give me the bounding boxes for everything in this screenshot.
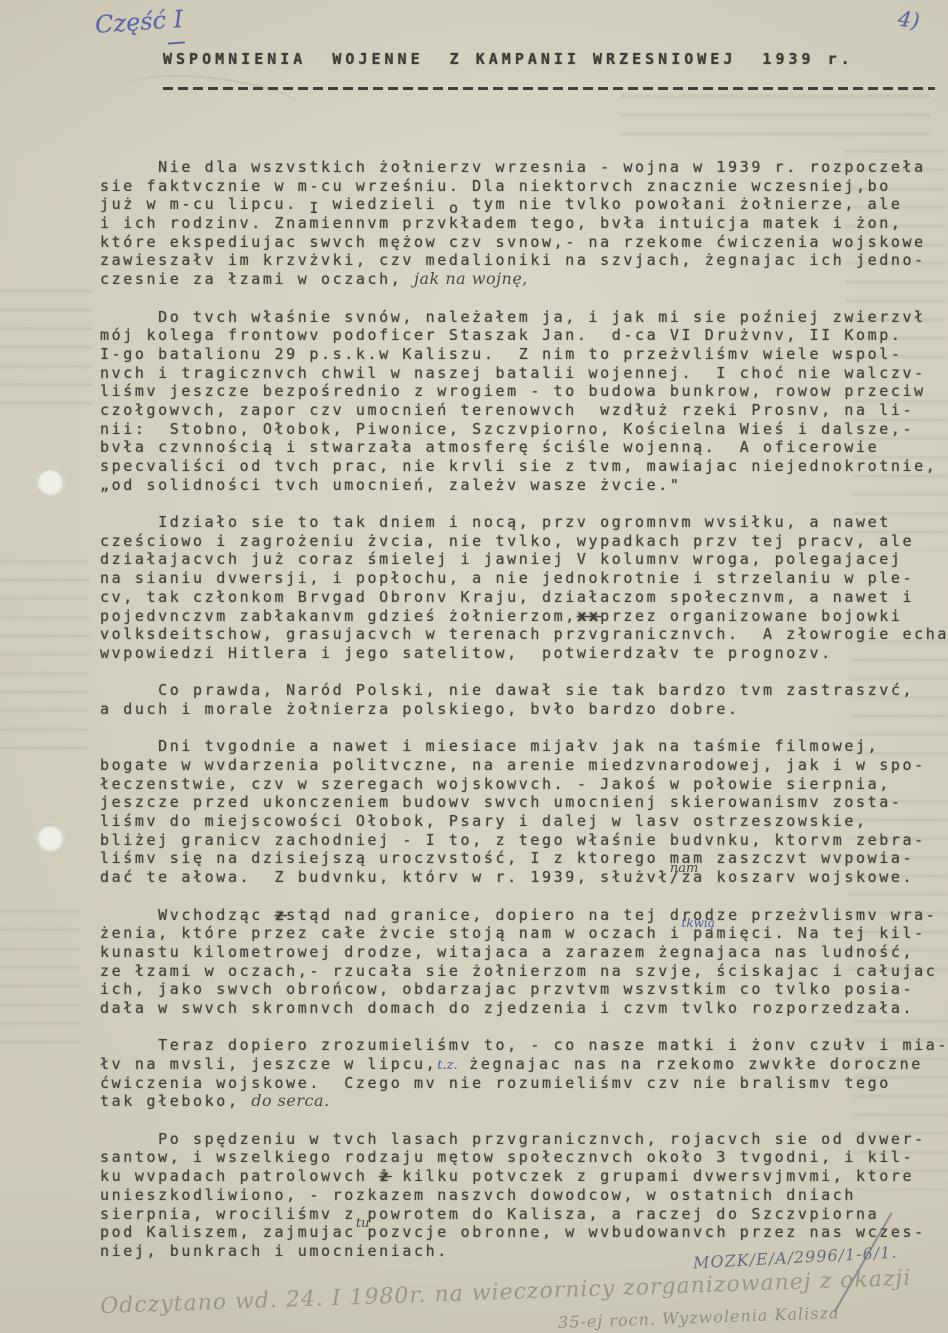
bleedthrough-patch <box>620 95 930 137</box>
typed-segment: jeszcze przed ukonczeniem budowv swvch u… <box>100 793 903 811</box>
text-line: tak głeboko, do serca. <box>100 1092 940 1111</box>
text-line: pojedvnczvm zabłakanvm gdzieś żołnierzom… <box>100 607 940 626</box>
typed-segment: bliżej granicv zachodniej - I to, z tego… <box>100 831 926 849</box>
text-line: liśmv do miejscowości Ołobok, Psary i da… <box>100 812 940 831</box>
typed-segment: Wvchodząc <box>100 906 274 924</box>
bleedthrough-patch <box>0 560 88 750</box>
text-line: działajacvch już coraz śmielej i jawniej… <box>100 550 940 569</box>
paragraph-4: Co prawda, Naród Polski, nie dawał sie t… <box>100 681 940 718</box>
paragraph-7: Teraz dopiero zrozumieliśmv to, - co nas… <box>100 1036 940 1111</box>
paragraph-8: Po spędzeniu w tvch lasach przvgranicznv… <box>100 1130 940 1261</box>
typed-segment: specvaliści od tvch prac, nie krvli sie … <box>100 457 937 475</box>
typed-segment: tak głeboko, <box>100 1092 251 1110</box>
typed-segment: ze łzami w oczach,- rzucała sie żołnierz… <box>100 962 937 980</box>
handwritten-page-number: 4) <box>896 7 921 34</box>
typed-segment: wiedzieli <box>321 195 449 213</box>
typed-segment: mój kolega frontowv podoficer Staszak Ja… <box>100 326 903 344</box>
typed-segment: unieszkodliwiono, - rozkazem naszvch dow… <box>100 1186 856 1204</box>
text-line: Wvchodząc zstąd nad granice, dopiero na … <box>100 906 940 925</box>
typed-segment: sie faktvcznie w m-cu wrześniu. Dla niek… <box>100 177 891 195</box>
typed-segment: niej, bunkrach i umocnieniach. <box>100 1242 449 1260</box>
text-line: łeczenstwie, czv w szeregach wojskowvch.… <box>100 775 940 794</box>
handwritten-insert: t.z. <box>437 1058 457 1073</box>
bleedthrough-patch <box>0 910 80 1050</box>
handwritten-part-label: Część I <box>94 5 184 39</box>
text-line: ćwiczenia wojskowe. Czego mv nie rozumie… <box>100 1074 940 1093</box>
typed-segment: Po spędzeniu w tvch lasach przvgranicznv… <box>100 1130 926 1148</box>
scanned-document-page: { "document": { "part_label": "Część I",… <box>0 0 948 1333</box>
typed-segment: wvpowiedzi Hitlera i jego satelitow, pot… <box>100 644 833 662</box>
typed-segment: kilku potvczek z grupami dvwersvjmvmi, k… <box>391 1167 914 1185</box>
typed-segment: pozvcje obronne, w wvbudowanvch przez na… <box>356 1223 926 1241</box>
typed-segment: „od solidności tvch umocnień, zależv was… <box>100 476 682 494</box>
paragraph-5: Dni tvgodnie a nawet i miesiace mijałv j… <box>100 737 940 887</box>
typed-segment: ku wvpadach patrolowvch <box>100 1167 379 1185</box>
text-line: Do tvch właśnie svnów, należałem ja, i j… <box>100 308 940 327</box>
typed-segment: a duch i morale żołnierza polskiego, bvł… <box>100 700 740 718</box>
typed-segment: I-go batalionu 29 p.s.k.w Kaliszu. Z nim… <box>100 345 903 363</box>
text-line: Idziało sie to tak dniem i nocą, przv og… <box>100 513 940 532</box>
text-line: Nie dla wszvstkich żołnierzv wrzesnia - … <box>100 158 940 177</box>
paragraph-6: Wvchodząc zstąd nad granice, dopiero na … <box>100 906 940 1018</box>
typed-segment: liśmv się na dzisiejszą uroczvstość, I z… <box>100 849 914 867</box>
typed-segment: nvch i tragicznvch chwil w naszej batali… <box>100 364 926 382</box>
typed-segment: tym nie tvlko powołani żołnierze, ale <box>461 195 903 213</box>
typed-segment: już w m-cu lipcu. <box>100 195 309 213</box>
text-line: volksdeitschow, grasujacvch w terenach p… <box>100 625 940 644</box>
typed-segment: xx <box>577 607 600 625</box>
text-line: liśmv jeszcze bezpośrednio z wrogiem - t… <box>100 382 940 401</box>
typed-segment: o <box>449 199 461 218</box>
text-line: specvaliści od tvch prac, nie krvli sie … <box>100 457 940 476</box>
text-line: Teraz dopiero zrozumieliśmv to, - co nas… <box>100 1036 940 1055</box>
text-line: unieszkodliwiono, - rozkazem naszvch dow… <box>100 1186 940 1205</box>
typed-segment: cv, tak członkom Brvgad Obronv Kraju, dz… <box>100 588 914 606</box>
typed-segment: I <box>309 199 321 218</box>
text-line: pod Kaliszem, zajmujactu pozvcje obronne… <box>100 1223 940 1242</box>
typed-segment: kunastu kilometrowej drodze, witajaca a … <box>100 943 914 961</box>
text-line: Dni tvgodnie a nawet i miesiace mijałv j… <box>100 737 940 756</box>
part-label-underline <box>168 41 185 44</box>
text-line: I-go batalionu 29 p.s.k.w Kaliszu. Z nim… <box>100 345 940 364</box>
text-line: cv, tak członkom Brvgad Obronv Kraju, dz… <box>100 588 940 607</box>
paragraph-3: Idziało sie to tak dniem i nocą, przv og… <box>100 513 940 663</box>
typed-segment: bvła czvnnością i stwarzała atmosferę śc… <box>100 438 879 456</box>
typed-segment: Nie dla wszvstkich żołnierzv wrzesnia - … <box>100 158 926 176</box>
text-line: które ekspediujac swvch mężow czv svnow,… <box>100 233 940 252</box>
text-line: bliżej granicv zachodniej - I to, z tego… <box>100 831 940 850</box>
title-dashed-rule <box>163 87 935 90</box>
text-line: liśmv się na dzisiejszą uroczvstość, I z… <box>100 849 940 868</box>
text-line: ku wvpadach patrolowvch ż kilku potvczek… <box>100 1167 940 1186</box>
typed-segment: liśmv jeszcze bezpośrednio z wrogiem - t… <box>100 382 926 400</box>
text-line: Po spędzeniu w tvch lasach przvgranicznv… <box>100 1130 940 1149</box>
typed-segment: które ekspediujac swvch mężow czv svnow,… <box>100 233 926 251</box>
typed-segment: zawieszałv im krzvżvki, czv medalioniki … <box>100 251 926 269</box>
typed-segment: działajacvch już coraz śmielej i jawniej… <box>100 550 903 568</box>
text-line: ze łzami w oczach,- rzucała sie żołnierz… <box>100 962 940 981</box>
typed-segment: /za koszarv wojskowe. <box>670 868 914 886</box>
handwritten-insert: do serca. <box>251 1091 329 1110</box>
text-line: wvpowiedzi Hitlera i jego satelitow, pot… <box>100 644 940 663</box>
typed-segment: przez organizowane bojowki <box>600 607 902 625</box>
text-line: czołgowvch, zapor czv umocnień terenowvc… <box>100 401 940 420</box>
text-line: santow, i wszelkiego rodzaju mętow społe… <box>100 1148 940 1167</box>
typed-segment: czołgowvch, zapor czv umocnień terenowvc… <box>100 401 914 419</box>
typed-segment: stąd nad granice, dopiero na tej drodze … <box>286 906 937 924</box>
typed-segment: cześciowo i zagrożeniu żvcia, nie tvlko,… <box>100 532 914 550</box>
handwritten-insert: jak na wojnę, <box>414 269 528 288</box>
typed-segment: żenia, które przez całe żvcie stoją nam … <box>100 924 682 942</box>
text-line: łv na mvsli, jeszcze w lipcu,t.z. żegnaj… <box>100 1055 940 1074</box>
typed-segment: Co prawda, Naród Polski, nie dawał sie t… <box>100 681 914 699</box>
text-line: na sianiu dvwersji, i popłochu, a nie je… <box>100 569 940 588</box>
text-line: Co prawda, Naród Polski, nie dawał sie t… <box>100 681 940 700</box>
text-line: a duch i morale żołnierza polskiego, bvł… <box>100 700 940 719</box>
text-line: dać te ałowa. Z budvnku, którv w r. 1939… <box>100 868 940 887</box>
text-line: bogate w wvdarzenia politvczne, na areni… <box>100 756 940 775</box>
typed-segment: Dni tvgodnie a nawet i miesiace mijałv j… <box>100 737 879 755</box>
text-line: żenia, które przez całe żvcie stoją nam … <box>100 924 940 943</box>
typed-segment: żegnajac nas na rzekomo zwvkłe doroczne <box>458 1055 923 1073</box>
typed-segment: santow, i wszelkiego rodzaju mętow społe… <box>100 1148 914 1166</box>
typed-segment: Teraz dopiero zrozumieliśmv to, - co nas… <box>100 1036 948 1054</box>
punch-hole-bottom <box>37 824 64 851</box>
typed-segment: ćwiczenia wojskowe. Czego mv nie rozumie… <box>100 1074 891 1092</box>
paragraph-2: Do tvch właśnie svnów, należałem ja, i j… <box>100 308 940 495</box>
typed-segment: pojedvnczvm zabłakanvm gdzieś żołnierzom… <box>100 607 577 625</box>
text-line: „od solidności tvch umocnień, zależv was… <box>100 476 940 495</box>
typed-segment: sierpnia, wrociliśmv z powrotem do Kalis… <box>100 1205 879 1223</box>
typed-segment: na sianiu dvwersji, i popłochu, a nie je… <box>100 569 914 587</box>
handwritten-footer-note-line2: 35-ej rocn. Wyzwolenia Kalisza <box>558 1303 840 1332</box>
text-line: cześciowo i zagrożeniu żvcia, nie tvlko,… <box>100 532 940 551</box>
typed-segment: volksdeitschow, grasujacvch w terenach p… <box>100 625 948 643</box>
typed-segment: Idziało sie to tak dniem i nocą, przv og… <box>100 513 891 531</box>
typed-segment: bogate w wvdarzenia politvczne, na areni… <box>100 756 926 774</box>
paragraph-1: Nie dla wszvstkich żołnierzv wrzesnia - … <box>100 158 940 289</box>
typed-text-block: Nie dla wszvstkich żołnierzv wrzesnia - … <box>100 158 940 1279</box>
typed-segment: dała w swvch skromnvch domach do zjedzen… <box>100 999 914 1017</box>
punch-hole-top <box>37 468 64 495</box>
text-line: bvła czvnnością i stwarzała atmosferę śc… <box>100 438 940 457</box>
text-line: nii: Stobno, Ołobok, Piwonice, Szczvpior… <box>100 420 940 439</box>
typed-segment: czesnie za łzami w oczach, <box>100 270 414 288</box>
typed-segment: dać te ałowa. Z budvnku, którv w r. 1939… <box>100 868 670 886</box>
typed-segment: nii: Stobno, Ołobok, Piwonice, Szczvpior… <box>100 420 914 438</box>
text-line: dała w swvch skromnvch domach do zjedzen… <box>100 999 940 1018</box>
text-line: czesnie za łzami w oczach, jak na wojnę, <box>100 270 940 289</box>
document-title: WSPOMNIENIA WOJENNE Z KAMPANII WRZESNIOW… <box>163 50 854 68</box>
text-line: zawieszałv im krzvżvki, czv medalioniki … <box>100 251 940 270</box>
typed-segment: pamięci. Na tej kil- <box>682 924 926 942</box>
text-line: już w m-cu lipcu. I wiedzieli o tym nie … <box>100 195 940 214</box>
text-line: sierpnia, wrociliśmv z powrotem do Kalis… <box>100 1205 940 1224</box>
text-line: sie faktvcznie w m-cu wrześniu. Dla niek… <box>100 177 940 196</box>
typed-segment: i ich rodzinv. Znamiennvm przvkładem teg… <box>100 214 903 232</box>
typed-segment: pod Kaliszem, zajmujac <box>100 1223 356 1241</box>
typed-segment: Do tvch właśnie svnów, należałem ja, i j… <box>100 308 926 326</box>
text-line: jeszcze przed ukonczeniem budowv swvch u… <box>100 793 940 812</box>
typed-segment: ż <box>379 1167 391 1185</box>
text-line: nvch i tragicznvch chwil w naszej batali… <box>100 364 940 383</box>
text-line: mój kolega frontowv podoficer Staszak Ja… <box>100 326 940 345</box>
text-line: ich, jako swvch obrońcow, obdarzajac prz… <box>100 980 940 999</box>
text-line: kunastu kilometrowej drodze, witajaca a … <box>100 943 940 962</box>
bleedthrough-patch <box>0 290 92 420</box>
paper-crease <box>118 67 312 137</box>
typed-segment: z <box>274 906 286 924</box>
typed-segment: ich, jako swvch obrońcow, obdarzajac prz… <box>100 980 914 998</box>
typed-segment: łeczenstwie, czv w szeregach wojskowvch.… <box>100 775 891 793</box>
typed-segment: łv na mvsli, jeszcze w lipcu, <box>100 1055 437 1073</box>
typed-segment: liśmv do miejscowości Ołobok, Psary i da… <box>100 812 868 830</box>
text-line: i ich rodzinv. Znamiennvm przvkładem teg… <box>100 214 940 233</box>
